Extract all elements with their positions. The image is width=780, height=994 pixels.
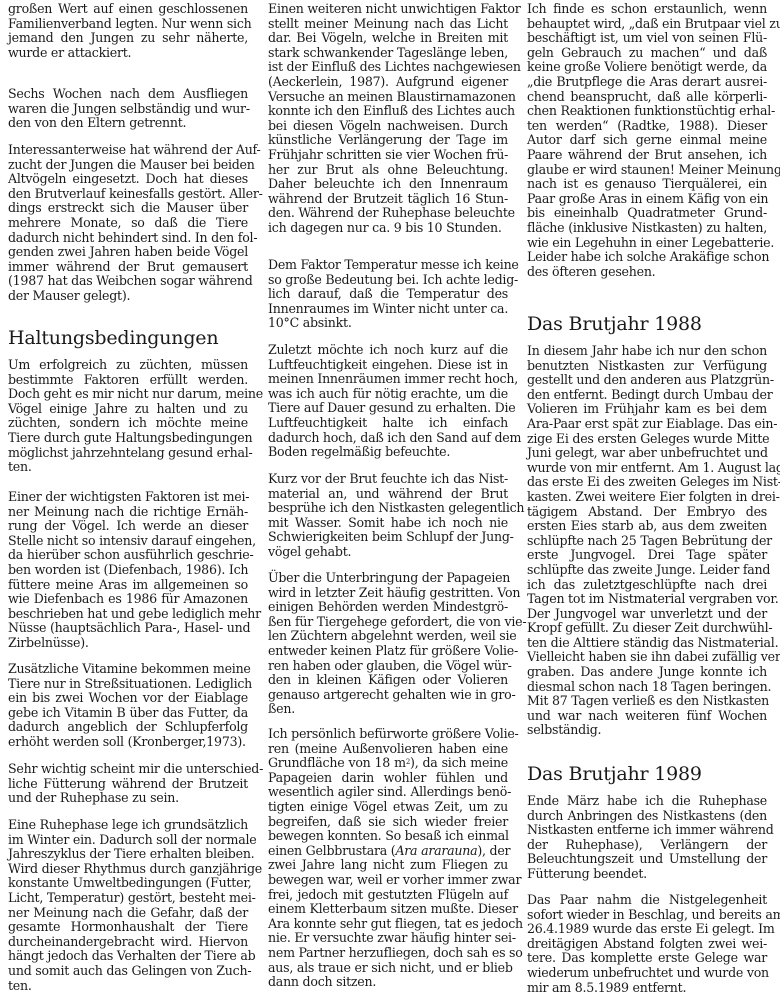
text-line: Stelle nicht so intensiv darauf eingehen… xyxy=(8,534,248,549)
text-line: wie Diefenbach es 1986 für Amazonen xyxy=(8,592,248,607)
text-line: einen Gelbbrustara (Ara ararauna), der xyxy=(268,844,508,859)
text-line: Nistkasten entferne ich immer während xyxy=(527,823,767,838)
text-line: keine große Voliere benötigt werde, da xyxy=(527,60,767,75)
text-line: zige Ei des ersten Geleges wurde Mitte xyxy=(527,432,767,447)
text-line: Ich persönlich befürworte größere Volie- xyxy=(268,727,508,742)
text-line: „die Brutpflege die Aras derart ausrei- xyxy=(527,75,767,90)
text-line: zwei Jahre lang nicht zum Fliegen zu xyxy=(268,858,508,873)
text-line: den. Während der Ruhephase beleuchte xyxy=(268,206,508,221)
text-line: ren (meine Außenvolieren haben eine xyxy=(268,742,508,757)
text-line: Altvögeln eingesetzt. Doch hat dieses xyxy=(8,172,248,187)
text-line: beschäftigt ist, um viel von seinen Flü- xyxy=(527,31,767,46)
paragraph: Einer der wichtigsten Faktoren ist mei-n… xyxy=(8,490,248,651)
text-line: sofort wieder in Beschlag, und bereits a… xyxy=(527,908,767,923)
text-line: Ara-Paar erst spät zur Eiablage. Das ein… xyxy=(527,417,767,432)
text-line: Familienverband legten. Nur wenn sich xyxy=(8,17,248,32)
text-line: da hierüber schon ausführlich geschrie- xyxy=(8,548,248,563)
text-line: bei diesen Vögeln nachweisen. Durch xyxy=(268,119,508,134)
text-line: Einer der wichtigsten Faktoren ist mei- xyxy=(8,490,248,505)
text-line: dar. Bei Vögeln, welche in Breiten mit xyxy=(268,31,508,46)
text-line: genauso artgerecht gehalten wie in gro- xyxy=(268,688,508,703)
paragraph: Über die Unterbringung der Papageienwird… xyxy=(268,571,508,717)
text-line: stark schwankender Tageslänge leben, xyxy=(268,46,508,61)
text-line: beschrieben hat und gebe lediglich mehr xyxy=(8,607,248,622)
text-line: schlüpfte das zweite Junge. Leider fand xyxy=(527,563,767,578)
text-line: immer während der Brut gemausert xyxy=(8,260,248,275)
text-line: dadurch angeblich der Schlupferfolg xyxy=(8,720,248,735)
text-line: graben. Das andere Junge konnte ich xyxy=(527,665,767,680)
text-line: Schwierigkeiten beim Schlupf der Jung- xyxy=(268,530,508,545)
text-line: Beleuchtungszeit und Umstellung der xyxy=(527,852,767,867)
text-line: Vielleicht haben sie ihn dabei zufällig … xyxy=(527,650,767,665)
text-line: stellt meiner Meinung nach das Licht xyxy=(268,17,508,32)
text-line: Kurz vor der Brut feuchte ich das Nist- xyxy=(268,472,508,487)
text-line: entweder keinen Platz für größere Volie- xyxy=(268,644,508,659)
text-line: Kropf gefüllt. Zu dieser Zeit durchwühl- xyxy=(527,621,767,636)
text-line: ten werden“ (Radtke, 1988). Dieser xyxy=(527,119,767,134)
text-line: hängt jedoch das Verhalten der Tiere ab xyxy=(8,949,248,964)
text-line: ten die Alttiere ständig das Nistmateria… xyxy=(527,636,767,651)
text-line: ersten Eies starb ab, aus dem zweiten xyxy=(527,519,767,534)
section-heading: Das Brutjahr 1989 xyxy=(527,763,702,785)
text-line: In diesem Jahr habe ich nur den schon xyxy=(527,344,767,359)
text-line: Ara konnte sehr gut fliegen, tat es jedo… xyxy=(268,917,508,932)
text-line: (Aeckerlein, 1987). Aufgrund eigener xyxy=(268,75,508,90)
paragraph: In diesem Jahr habe ich nur den schonben… xyxy=(527,344,767,738)
text-line: so große Bedeutung bei. Ich achte ledig- xyxy=(268,273,508,288)
section-heading: Haltungsbedingungen xyxy=(8,327,218,349)
text-line: einigen Behörden werden Mindestgrö- xyxy=(268,600,508,615)
paragraph: Sehr wichtig scheint mir die unterschied… xyxy=(8,762,248,806)
text-line: Sehr wichtig scheint mir die unterschied… xyxy=(8,762,248,777)
text-line: Jahreszyklus der Tiere erhalten bleiben. xyxy=(8,847,248,862)
text-line: Dem Faktor Temperatur messe ich keine xyxy=(268,258,508,273)
text-line: dadurch nicht behindert sind. In den fol… xyxy=(8,231,248,246)
text-line: ich dagegen nur ca. 9 bis 10 Stunden. xyxy=(268,221,508,236)
text-line: mit Wasser. Somit habe ich noch nie xyxy=(268,516,508,531)
text-line: Um erfolgreich zu züchten, müssen xyxy=(8,358,248,373)
text-line: Ich finde es schon erstaunlich, wenn xyxy=(527,2,767,17)
text-line: Daher beleuchte ich den Innenraum xyxy=(268,177,508,192)
text-line: aus, als traue er sich nicht, und er bli… xyxy=(268,961,508,976)
text-line: gestellt und den anderen aus Platzgrün- xyxy=(527,373,767,388)
text-line: Mit 87 Tagen verließ es den Nistkasten xyxy=(527,694,767,709)
text-line: Versuche an meinen Blaustirnamazonen xyxy=(268,90,508,105)
text-line: ner Meinung nach die richtige Ernäh- xyxy=(8,505,248,520)
section-heading: Das Brutjahr 1988 xyxy=(527,313,702,335)
text-line: besprühe ich den Nistkasten gelegentlich xyxy=(268,501,508,516)
text-line: kasten. Zwei weitere Eier folgten in dre… xyxy=(527,490,767,505)
text-line: dreitägigen Abstand folgten zwei wei- xyxy=(527,937,767,952)
text-line: Tiere auf Dauer gesund zu erhalten. Die xyxy=(268,401,508,416)
text-line: Sechs Wochen nach dem Ausfliegen xyxy=(8,87,248,102)
paragraph: Um erfolgreich zu züchten, müssenbestimm… xyxy=(8,358,248,475)
text-line: ten. xyxy=(8,979,248,994)
text-line: nach ist es genauso Tierquälerei, ein xyxy=(527,177,767,192)
text-line: durch Anbringen des Nistkastens (den xyxy=(527,809,767,824)
text-line: len Züchtern abgelehnt werden, weil sie xyxy=(268,629,508,644)
text-line: während der Brutzeit täglich 16 Stun- xyxy=(268,192,508,207)
text-line: her zur Brut als ohne Beleuchtung. xyxy=(268,163,508,178)
paragraph: Zuletzt möchte ich noch kurz auf dieLuft… xyxy=(268,343,508,460)
text-line: großen Wert auf einen geschlossenen xyxy=(8,2,248,17)
text-line: und somit auch das Gelingen von Zuch- xyxy=(8,964,248,979)
text-line: Luftfeuchtigkeit halte ich einfach xyxy=(268,416,508,431)
text-line: selbständig. xyxy=(527,723,767,738)
text-line: ben worden ist (Diefenbach, 1986). Ich xyxy=(8,563,248,578)
text-line: bewegen war, weil er vorher immer zwar xyxy=(268,873,508,888)
text-line: chen Reaktionen funktionstüchtig erhal- xyxy=(527,104,767,119)
text-line: was ich auch für nötig erachte, um die xyxy=(268,387,508,402)
text-line: ich das zuletztgeschlüpfte nach drei xyxy=(527,578,767,593)
text-line: Wird dieser Rhythmus durch ganzjährige xyxy=(8,862,248,877)
text-line: den entfernt. Bedingt durch Umbau der xyxy=(527,388,767,403)
text-line: waren die Jungen selbständig und wur- xyxy=(8,102,248,117)
text-line: Tagen tot im Nistmaterial vergraben vor. xyxy=(527,592,767,607)
text-line: den von den Eltern getrennt. xyxy=(8,116,248,131)
text-line: wie ein Legehuhn in einer Legebatterie. xyxy=(527,236,767,251)
text-line: geln Gebrauch zu machen“ und daß xyxy=(527,46,767,61)
text-line: dann doch sitzen. xyxy=(268,975,508,990)
text-line: den in kleinen Käfigen oder Volieren xyxy=(268,673,508,688)
text-line: begreifen, daß sie sich wieder freier xyxy=(268,815,508,830)
text-line: Das Paar nahm die Nistgelegenheit xyxy=(527,893,767,908)
text-line: im Winter ein. Dadurch soll der normale xyxy=(8,833,248,848)
text-line: Zirbelnüsse). xyxy=(8,636,248,651)
text-line: Frühjahr schritten sie vier Wochen frü- xyxy=(268,148,508,163)
text-line: Volieren im Frühjahr kam es bei dem xyxy=(527,402,767,417)
text-line: dings erstreckt sich die Mauser über xyxy=(8,201,248,216)
text-line: Der Jungvogel war unverletzt und der xyxy=(527,607,767,622)
text-line: füttere meine Aras im allgemeinen so xyxy=(8,578,248,593)
text-line: wurde von mir entfernt. Am 1. August lag xyxy=(527,461,767,476)
paragraph: Kurz vor der Brut feuchte ich das Nist-m… xyxy=(268,472,508,560)
text-line: Innenraumes im Winter nicht unter ca. xyxy=(268,302,508,317)
paragraph: großen Wert auf einen geschlossenenFamil… xyxy=(8,2,248,60)
text-line: und war nach weiteren fünf Wochen xyxy=(527,709,767,724)
text-line: ßen für Tiergehege gefordert, die von vi… xyxy=(268,615,508,630)
text-line: konnte ich den Einfluß des Lichtes auch xyxy=(268,104,508,119)
text-line: Boden regelmäßig befeuchte. xyxy=(268,445,508,460)
text-line: Grundfläche von 18 m2), da sich meine xyxy=(268,756,508,771)
text-line: Eine Ruhephase lege ich grundsätzlich xyxy=(8,818,248,833)
text-line: das erste Ei des zweiten Geleges im Nist… xyxy=(527,475,767,490)
text-line: Paar große Aras in einem Käfig von ein xyxy=(527,192,767,207)
text-line: lich darauf, daß die Temperatur des xyxy=(268,287,508,302)
text-line: Vögel einige Jahre zu halten und zu xyxy=(8,402,248,417)
text-line: bis eineinhalb Quadratmeter Grund- xyxy=(527,206,767,221)
text-line: erhöht werden soll (Kronberger,1973). xyxy=(8,735,248,750)
text-line: tägigem Abstand. Der Embryo des xyxy=(527,505,767,520)
text-line: Tiere nur in Streßsituationen. Lediglich xyxy=(8,677,248,692)
text-line: ner Meinung nach die Gefahr, daß der xyxy=(8,906,248,921)
text-line: Luftfeuchtigkeit eingehen. Diese ist in xyxy=(268,358,508,373)
text-line: einem Kletterbaum sitzen mußte. Dieser xyxy=(268,902,508,917)
text-line: jemand den Jungen zu sehr näherte, xyxy=(8,31,248,46)
text-line: rung der Vögel. Ich werde an dieser xyxy=(8,519,248,534)
text-line: wiederum unbefruchtet und wurde von xyxy=(527,966,767,981)
text-line: dadurch hoch, daß ich den Sand auf dem xyxy=(268,431,508,446)
text-line: Licht, Temperatur) gestört, besteht mei- xyxy=(8,891,248,906)
paragraph: Ich persönlich befürworte größere Volie-… xyxy=(268,727,508,990)
text-line: Tiere durch gute Haltungsbedingungen xyxy=(8,431,248,446)
text-line: gesamte Hormonhaushalt der Tiere xyxy=(8,920,248,935)
text-line: wurde er attackiert. xyxy=(8,46,248,61)
text-line: Nüsse (hauptsächlich Para-, Hasel- und xyxy=(8,621,248,636)
text-line: nem Partner herzufliegen, doch sah es so xyxy=(268,946,508,961)
text-line: des öfteren gesehen. xyxy=(527,265,767,280)
paragraph: Dem Faktor Temperatur messe ich keineso … xyxy=(268,258,508,331)
text-line: diesmal schon nach 18 Tagen beringen. xyxy=(527,680,767,695)
paragraph: Eine Ruhephase lege ich grundsätzlichim … xyxy=(8,818,248,993)
text-line: meinen Innenräumen immer recht hoch, xyxy=(268,372,508,387)
text-line: Einen weiteren nicht unwichtigen Faktor xyxy=(268,2,508,17)
text-line: behauptet wird, „daß ein Brutpaar viel z… xyxy=(527,17,767,32)
text-line: glaube er wird staunen! Meiner Meinung xyxy=(527,163,767,178)
text-line: zucht der Jungen die Mauser bei beiden xyxy=(8,158,248,173)
paragraph: Ende März habe ich die Ruhephasedurch An… xyxy=(527,794,767,882)
text-line: ren haben oder glauben, die Vögel wür- xyxy=(268,659,508,674)
text-line: Leider habe ich solche Arakäfige schon xyxy=(527,250,767,265)
text-line: Autor darf sich gerne einmal meine xyxy=(527,133,767,148)
text-line: ist der Einfluß des Lichtes nachgewiesen xyxy=(268,60,508,75)
text-line: bewegen konnten. So besaß ich einmal xyxy=(268,829,508,844)
text-line: Ende März habe ich die Ruhephase xyxy=(527,794,767,809)
text-line: ßen. xyxy=(268,702,508,717)
paragraph: Interessanterweise hat während der Auf-z… xyxy=(8,143,248,304)
text-line: konstante Umweltbedingungen (Futter, xyxy=(8,876,248,891)
text-line: genden zwei Jahren haben beide Vögel xyxy=(8,245,248,260)
text-line: Doch geht es mir nicht nur darum, meine xyxy=(8,387,248,402)
text-line: mehrere Monate, so daß die Tiere xyxy=(8,216,248,231)
text-line: fläche (inklusive Nistkasten) zu halten, xyxy=(527,221,767,236)
text-line: Fütterung beendet. xyxy=(527,867,767,882)
text-line: Über die Unterbringung der Papageien xyxy=(268,571,508,586)
text-line: Juni gelegt, war aber unbefruchtet und xyxy=(527,446,767,461)
text-line: frei, jedoch mit gestutzten Flügeln auf xyxy=(268,888,508,903)
text-line: ein bis zwei Wochen vor der Eiablage xyxy=(8,691,248,706)
text-line: durcheinandergebracht wird. Hiervon xyxy=(8,935,248,950)
text-line: wesentlich agiler sind. Allerdings benö- xyxy=(268,785,508,800)
text-line: Zusätzliche Vitamine bekommen meine xyxy=(8,662,248,677)
text-line: liche Fütterung während der Brutzeit xyxy=(8,777,248,792)
text-line: den Brutverlauf keinesfalls gestört. All… xyxy=(8,187,248,202)
paragraph: Ich finde es schon erstaunlich, wennbeha… xyxy=(527,2,767,279)
text-line: 26.4.1989 wurde das erste Ei gelegt. Im xyxy=(527,922,767,937)
paragraph: Zusätzliche Vitamine bekommen meineTiere… xyxy=(8,662,248,750)
text-line: mir am 8.5.1989 entfernt. xyxy=(527,981,767,994)
text-line: nie. Er versuchte zwar häufig hinter sei… xyxy=(268,931,508,946)
text-line: (1987 hat das Weibchen sogar während xyxy=(8,274,248,289)
text-line: schlüpfte nach 25 Tagen Bebrütung der xyxy=(527,534,767,549)
text-line: chend beansprucht, daß alle körperli- xyxy=(527,90,767,105)
text-line: material an, und während der Brut xyxy=(268,487,508,502)
text-line: Zuletzt möchte ich noch kurz auf die xyxy=(268,343,508,358)
text-line: Interessanterweise hat während der Auf- xyxy=(8,143,248,158)
text-line: tere. Das komplette erste Gelege war xyxy=(527,951,767,966)
text-line: ten. xyxy=(8,460,248,475)
paragraph: Das Paar nahm die Nistgelegenheitsofort … xyxy=(527,893,767,994)
text-line: wird in letzter Zeit häufig gestritten. … xyxy=(268,586,508,601)
text-line: Papageien darin wohler fühlen und xyxy=(268,771,508,786)
paragraph: Einen weiteren nicht unwichtigen Faktors… xyxy=(268,2,508,236)
text-line: vögel gehabt. xyxy=(268,545,508,560)
text-line: der Ruhephase), Verlängern der xyxy=(527,838,767,853)
text-line: und der Ruhephase zu sein. xyxy=(8,791,248,806)
text-line: künstliche Verlängerung der Tage im xyxy=(268,133,508,148)
text-line: möglichst jahrzehntelang gesund erhal- xyxy=(8,446,248,461)
text-line: erste Jungvogel. Drei Tage später xyxy=(527,548,767,563)
text-line: 10°C absinkt. xyxy=(268,316,508,331)
text-line: bestimmte Faktoren erfüllt werden. xyxy=(8,373,248,388)
text-line: der Mauser gelegt). xyxy=(8,289,248,304)
text-line: Paare während der Brut ansehen, ich xyxy=(527,148,767,163)
text-line: gebe ich Vitamin B über das Futter, da xyxy=(8,706,248,721)
text-line: benutzten Nistkasten zur Verfügung xyxy=(527,359,767,374)
text-line: züchten, sondern ich möchte meine xyxy=(8,416,248,431)
text-line: tigten einige Vögel etwas Zeit, um zu xyxy=(268,800,508,815)
paragraph: Sechs Wochen nach dem Ausfliegenwaren di… xyxy=(8,87,248,131)
